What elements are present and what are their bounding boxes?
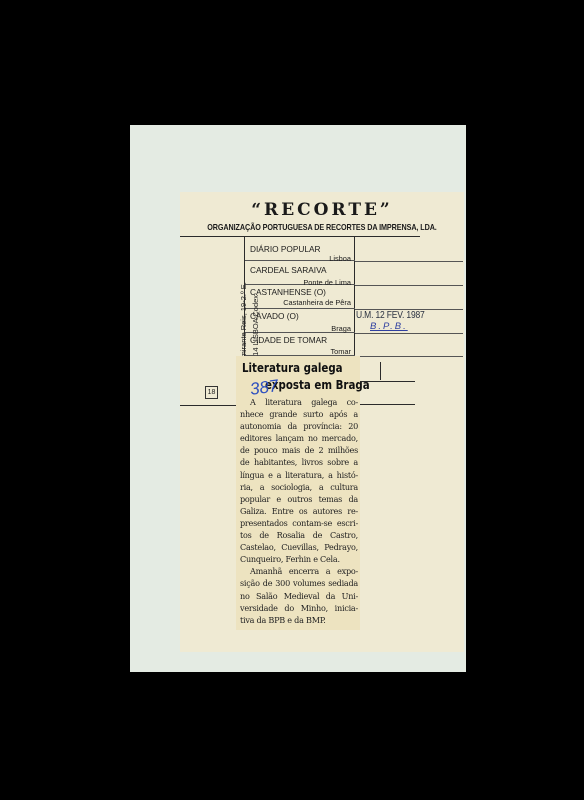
form-title: “RECORTE” (180, 200, 464, 220)
divider (355, 285, 463, 286)
divider (355, 333, 463, 334)
divider (355, 261, 463, 262)
divider (180, 236, 420, 237)
divider (355, 356, 463, 357)
divider (380, 362, 381, 380)
divider (354, 236, 355, 358)
date-stamp: U.M. 12 FEV. 1987 (356, 310, 425, 321)
form-subtitle: ORGANIZAÇÃO PORTUGUESA DE RECORTES DA IM… (197, 223, 447, 232)
page-number-box: 18 (205, 386, 218, 399)
handwritten-initials: B.P.B. (370, 321, 408, 332)
divider (180, 405, 240, 406)
divider (360, 404, 415, 405)
clipping-body: A literatura galega co- nhece grande sur… (240, 396, 358, 626)
